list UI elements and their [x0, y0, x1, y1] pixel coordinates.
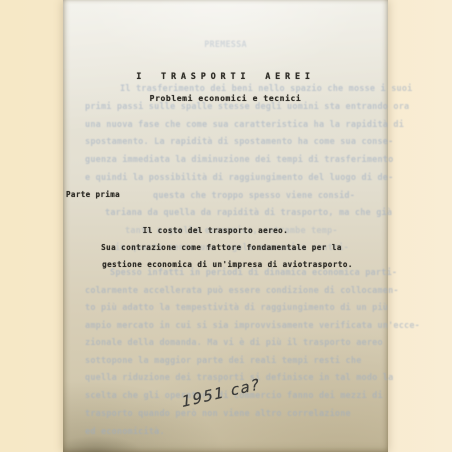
section-heading-line1: Il costo del trasporto aereo. [53, 226, 378, 235]
ghost-line: guenza immediata la diminuzione dei temp… [85, 155, 393, 165]
ghost-line: trasporto quando però non viene altro co… [85, 409, 351, 419]
ghost-line: Spesso infatti in periodi di dinamica ec… [110, 268, 397, 278]
ghost-line: sottopone la maggior parte dei reali tem… [85, 356, 362, 366]
ghost-line: e quindi la possibilità di raggiungiment… [85, 173, 393, 183]
ghost-line: una nuova fase che come sua caratteristi… [85, 120, 404, 130]
ghost-line: ampio mercato in cui si sia improvvisame… [85, 321, 420, 331]
photographed-document: PREMESSA I TRASPORTI AEREI Problemi econ… [0, 0, 452, 452]
ghost-line: colarmente accellerata può essere condiz… [85, 286, 399, 296]
ghost-line: to più adatto la tempestività di raggiun… [85, 303, 388, 313]
ghost-line: Il trasferimento dei beni nello spazio c… [120, 84, 412, 94]
section-heading-line2: Sua contrazione come fattore fondamental… [59, 243, 384, 252]
paper-shadow-smudge [63, 426, 173, 452]
ghost-line: primi passi sulle spalle stesse degli uo… [85, 102, 409, 112]
ghost-line: tariana da quella da rapidità di traspor… [105, 208, 392, 218]
ghost-heading: PREMESSA [63, 40, 388, 50]
ghost-line: zionale della domanda. Ma vi è di più il… [85, 338, 383, 348]
page-title: I TRASPORTI AEREI [63, 72, 388, 82]
section-heading-line3: gestione economica di un'impresa di avio… [65, 260, 390, 269]
part-label: Parte prima [66, 190, 120, 199]
ghost-line: questa che troppo spesso viene consid- [153, 191, 355, 201]
ghost-line: spostamento. La rapidità di spostamento … [85, 137, 393, 147]
